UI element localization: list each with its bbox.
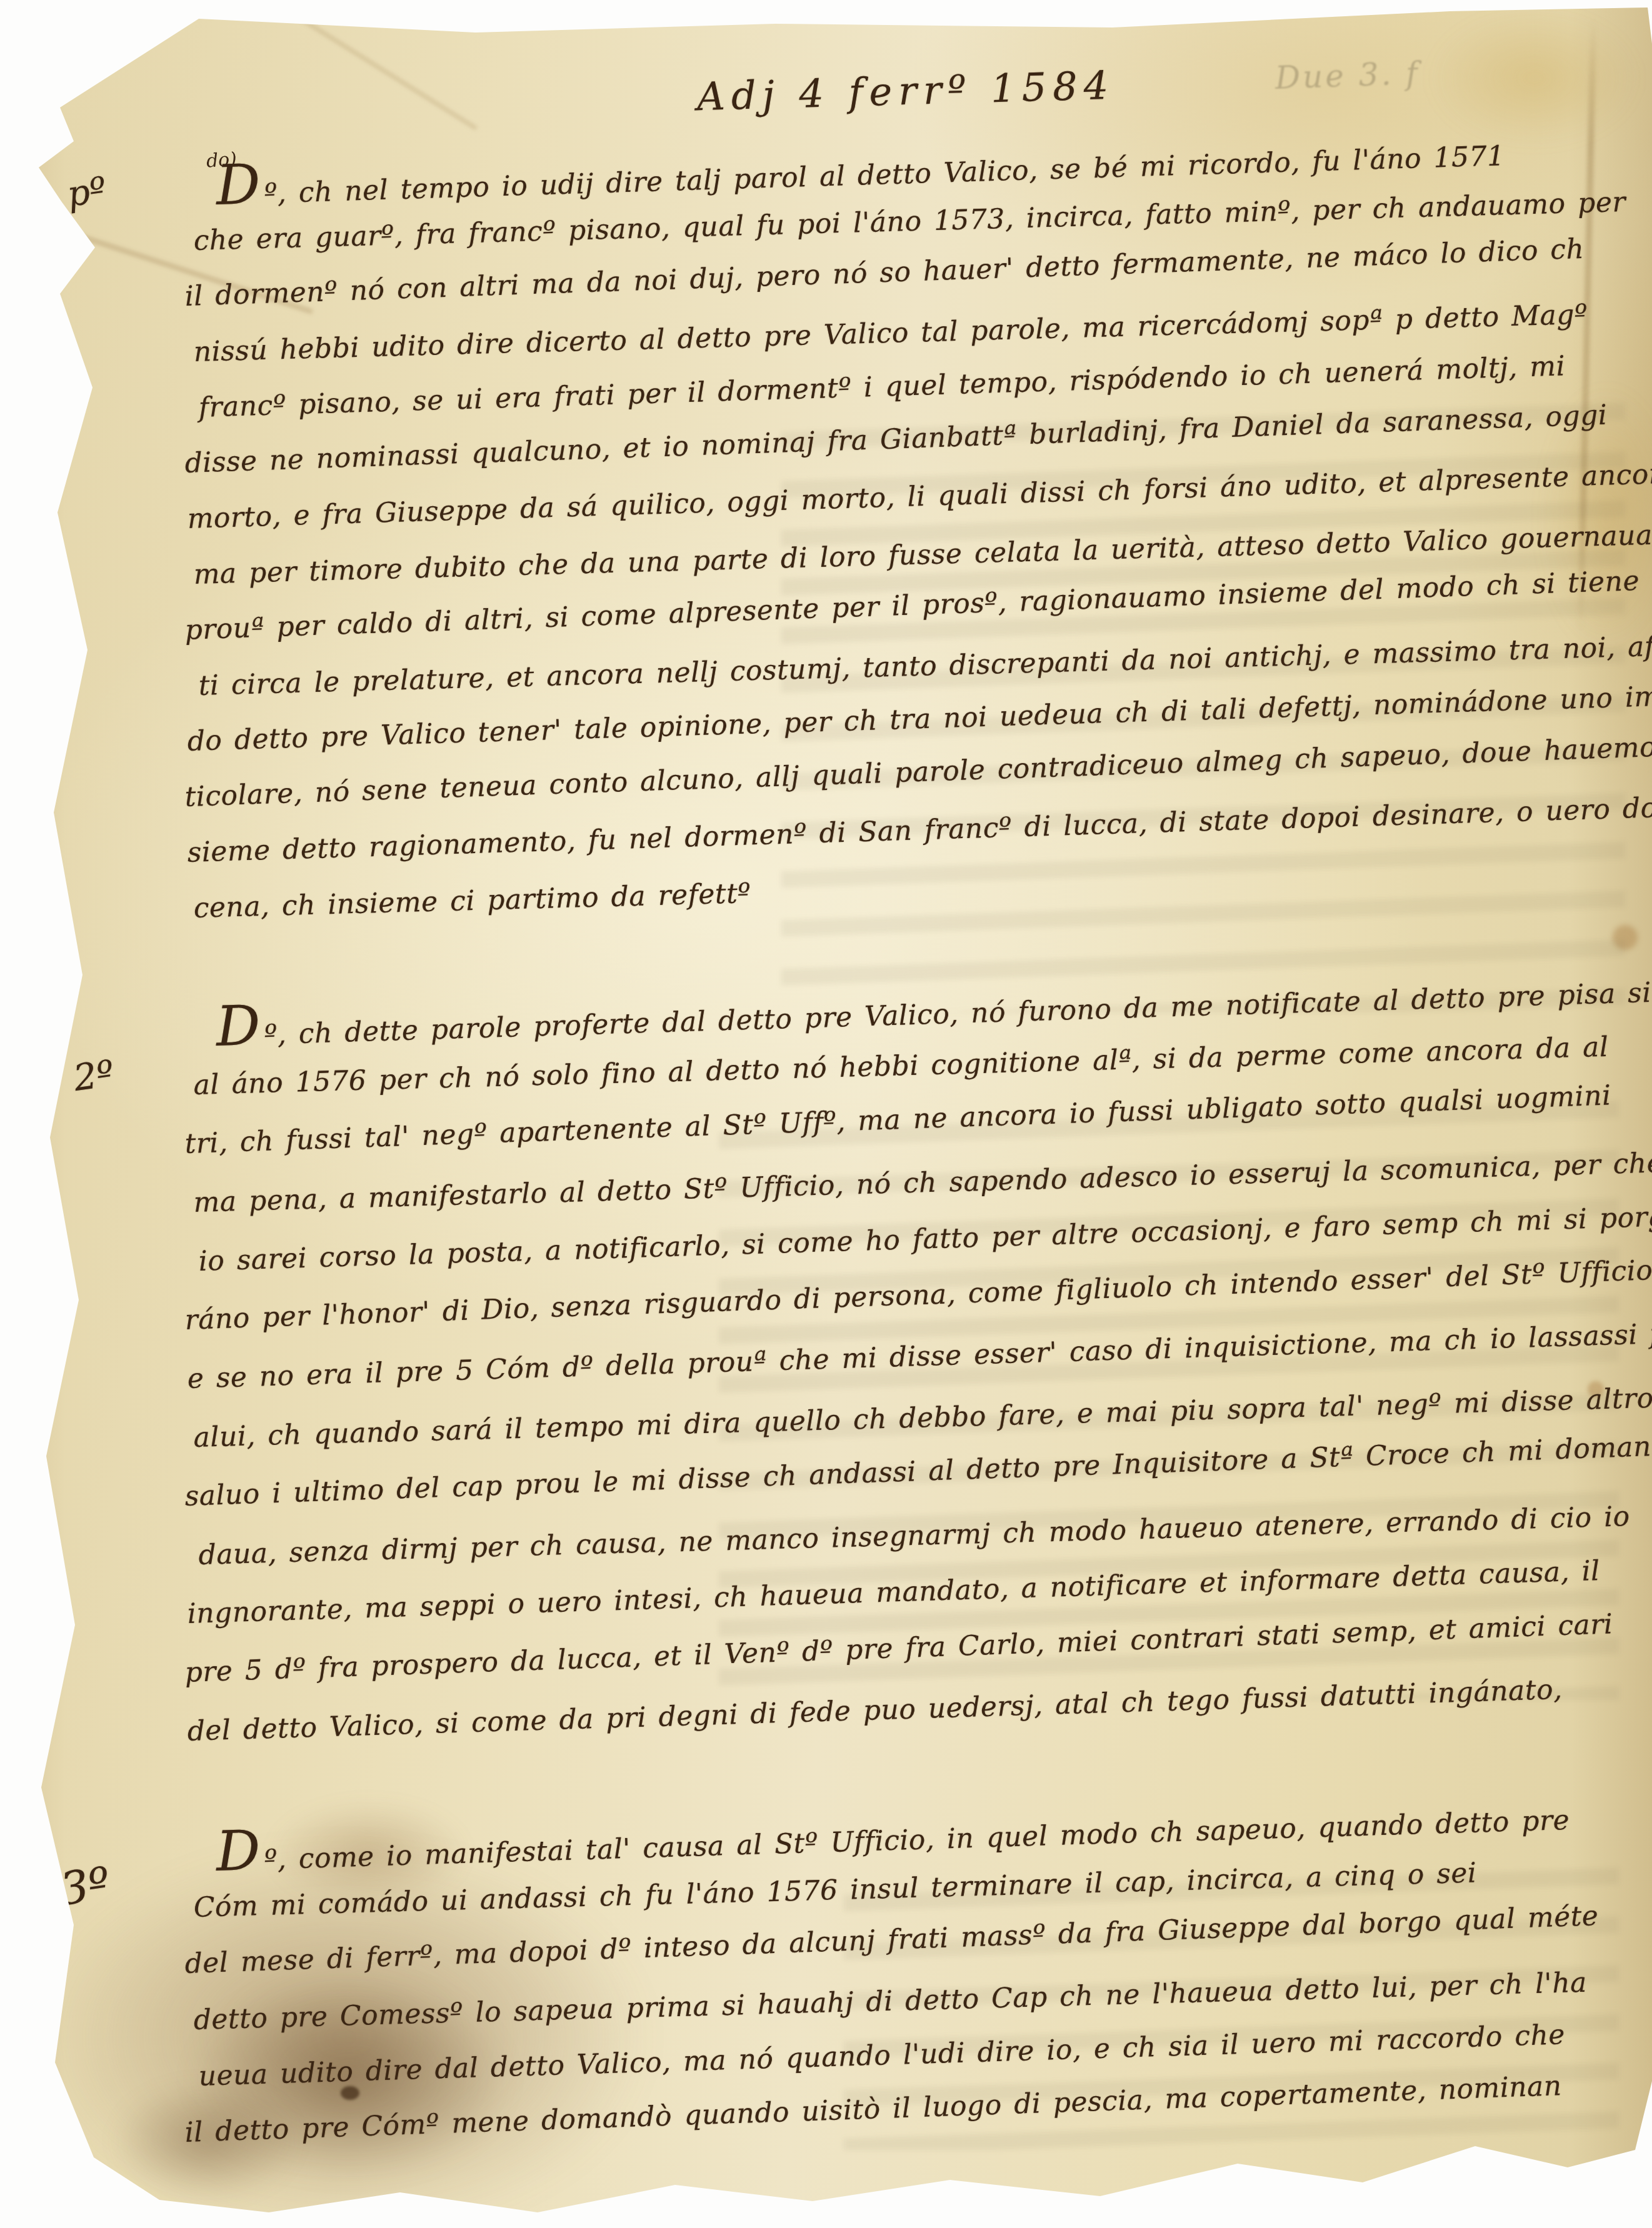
deposition-paragraph-1: pº do) Dº, ch nel tempo io udij dire tal… <box>0 157 1652 936</box>
paragraph-number-secondo: 2º <box>71 1055 116 1096</box>
handwritten-text-block: Dº, ch dette parole proferte dal detto p… <box>188 997 1624 1761</box>
paper-crease <box>210 0 477 130</box>
manuscript-page: Due 3. f Adj 4 ferrº 1584 pº do) Dº, ch … <box>0 0 1652 2228</box>
handwritten-text-block: Dº, ch nel tempo io udij dire talj parol… <box>188 157 1624 936</box>
scanned-page-background: Due 3. f Adj 4 ferrº 1584 pº do) Dº, ch … <box>0 0 1652 2228</box>
handwritten-text-block: Dº, come io manifestai tal' causa al Stº… <box>188 1824 1624 2161</box>
paragraph-number-primo: pº <box>65 172 108 212</box>
deposition-paragraph-2: 2º Dº, ch dette parole proferte dal dett… <box>0 997 1652 1761</box>
deposition-paragraph-3: 3º Dº, come io manifestai tal' causa al … <box>0 1824 1652 2161</box>
paragraph-number-terzo: 3º <box>57 1861 113 1912</box>
verso-note-bleedthrough: Due 3. f <box>1274 57 1420 94</box>
date-heading: Adj 4 ferrº 1584 <box>696 64 1115 119</box>
